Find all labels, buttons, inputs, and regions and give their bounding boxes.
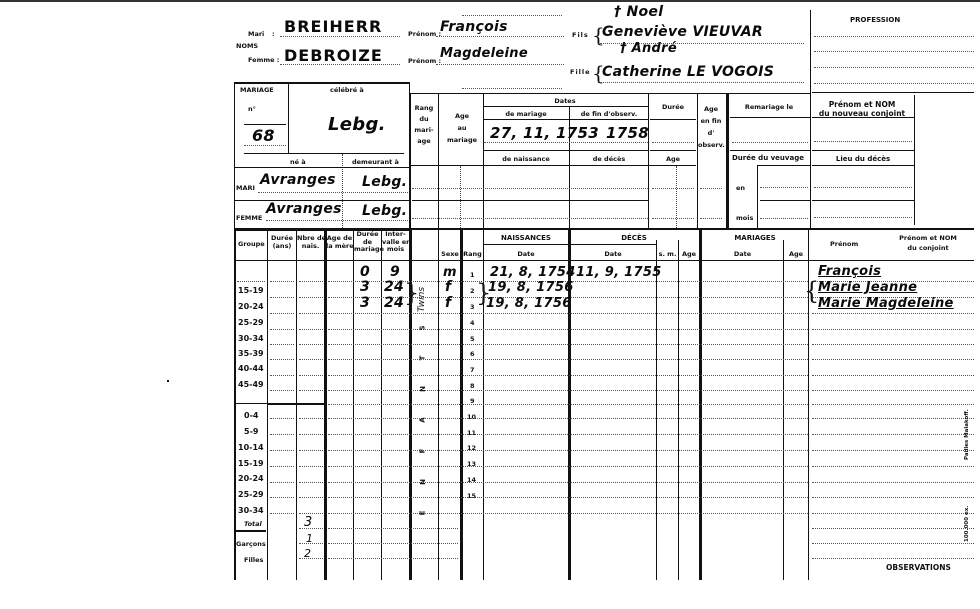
col-divider-deces-date bbox=[656, 240, 657, 580]
top-edge-rule bbox=[0, 0, 980, 2]
mois-label: mois bbox=[736, 214, 753, 222]
age-header-bottom bbox=[650, 165, 696, 166]
date-mariage-value: 27, 11, 1753 bbox=[490, 124, 599, 142]
mari-ne-a-value: Avranges bbox=[260, 172, 336, 188]
row2-prenom: Marie Jeanne bbox=[818, 280, 917, 295]
row2-naissance: 19, 8, 1756 bbox=[488, 280, 574, 295]
femme-prenom-line bbox=[436, 64, 564, 65]
date-fin-value: 1758 bbox=[606, 124, 649, 142]
rang-3: 3 bbox=[470, 303, 475, 311]
mari-row-line bbox=[258, 192, 408, 193]
row2-duree-mariage: 3 bbox=[360, 279, 370, 295]
dates-value-line bbox=[484, 142, 648, 143]
de-deces-label: de décès bbox=[570, 155, 648, 163]
naiss-line-1 bbox=[412, 188, 648, 189]
duree-line bbox=[652, 142, 694, 143]
groupe-row-6: 40-44 bbox=[238, 364, 264, 373]
mariage-label: MARIAGE bbox=[240, 86, 274, 94]
total-value: 3 bbox=[304, 515, 313, 530]
pere-mari-note: † Noel bbox=[614, 4, 663, 20]
row3-intervalle: 24 bbox=[384, 295, 404, 311]
enfants-letter-n: N bbox=[419, 386, 427, 392]
observations-label: OBSERVATIONS bbox=[886, 563, 951, 572]
children-top-rule bbox=[234, 228, 974, 230]
groupe-row-13: 20-24 bbox=[238, 474, 264, 483]
en-label: en bbox=[736, 184, 745, 192]
printer-credit: Pailles Malakoff. bbox=[964, 409, 970, 460]
rang-15: 15 bbox=[467, 492, 476, 500]
print-run: 100.000 ex. bbox=[964, 506, 970, 542]
row3-duree-mariage: 3 bbox=[360, 295, 370, 311]
numero-top-rule bbox=[244, 124, 286, 125]
femme-nom-value: DEBROIZE bbox=[284, 46, 383, 65]
groupe-row-4: 30-34 bbox=[238, 334, 264, 343]
remariage-bottom-rule bbox=[730, 150, 810, 151]
profession-line-1 bbox=[814, 36, 974, 37]
rang-9: 9 bbox=[470, 397, 475, 405]
groupe-row-14: 25-29 bbox=[238, 490, 264, 499]
age-line-1 bbox=[652, 188, 694, 189]
sexe-header: Sexe bbox=[440, 250, 460, 258]
nouveau-conjoint-label: Prénom et NOM du nouveau conjoint bbox=[812, 100, 912, 118]
remariage-rule bbox=[730, 117, 810, 118]
duree-veuvage-label: Durée du veuvage bbox=[732, 154, 804, 162]
enfants-letter-n2: N bbox=[419, 479, 427, 485]
veuvage-top-rule bbox=[757, 165, 810, 166]
naiss-header-bottom bbox=[410, 165, 650, 166]
duree-ans-line-1: Durée bbox=[271, 234, 293, 242]
age-header-label: Age bbox=[650, 155, 696, 163]
remariage-line bbox=[732, 142, 808, 143]
conjoint-line bbox=[814, 141, 912, 142]
veuvage-inner-divider bbox=[757, 165, 758, 229]
scan-speck bbox=[167, 380, 169, 382]
age-line-1: Age bbox=[455, 112, 469, 120]
dates-header-bottom bbox=[484, 119, 648, 120]
intervalle-line-3: mois bbox=[387, 245, 404, 253]
rang-13: 13 bbox=[467, 460, 476, 468]
col-divider-mariages-date bbox=[783, 240, 784, 580]
rang-line-4: age bbox=[417, 137, 430, 145]
rang-4: 4 bbox=[470, 319, 475, 327]
lieu-deces-header-rule bbox=[812, 165, 914, 166]
ne-a-label: né à bbox=[290, 158, 306, 166]
rang-8: 8 bbox=[470, 382, 475, 390]
filles-value: 2 bbox=[304, 547, 311, 560]
profession-label: PROFESSION bbox=[850, 16, 900, 24]
groupe-row-7: 45-49 bbox=[238, 380, 264, 389]
age-fin-line-1: Age bbox=[704, 105, 718, 113]
enfants-letter-t: T bbox=[418, 356, 426, 361]
rang-11: 11 bbox=[467, 429, 476, 437]
naiss-mid-rule bbox=[412, 200, 648, 201]
de-fin-label: de fin d'observ. bbox=[570, 110, 648, 118]
total-rule bbox=[236, 530, 266, 532]
total-label: Total bbox=[244, 520, 262, 528]
prenom-header: Prénom bbox=[830, 240, 858, 248]
rang-line-1: Rang bbox=[415, 104, 434, 112]
enfants-letter-a: A bbox=[419, 417, 427, 422]
row1-deces: 11, 9, 1755 bbox=[576, 265, 662, 280]
groupe-row-12: 15-19 bbox=[238, 459, 264, 468]
rang-age-divider bbox=[438, 93, 439, 230]
lieu-deces-label: Lieu du décès bbox=[812, 155, 914, 163]
rang-14: 14 bbox=[467, 476, 476, 484]
rang-6: 6 bbox=[470, 350, 475, 358]
row3-sexe: f bbox=[445, 295, 451, 311]
lower-dotted-line bbox=[462, 88, 562, 89]
age-mariage-label: Age au mariage bbox=[440, 110, 484, 146]
row1-intervalle: 9 bbox=[390, 264, 400, 280]
profession-divider bbox=[810, 10, 811, 230]
mari-nom-line bbox=[280, 36, 400, 37]
rang-12: 12 bbox=[467, 444, 476, 452]
femme-row-line bbox=[266, 220, 408, 221]
profession-bottom-rule bbox=[812, 92, 974, 93]
mariages-header: MARIAGES bbox=[702, 234, 808, 242]
remariage-left-divider bbox=[726, 93, 729, 230]
nbre-nais-line-1: Nbre de bbox=[297, 234, 326, 242]
rang-5: 5 bbox=[470, 335, 475, 343]
garcons-label: Garçons bbox=[236, 540, 266, 548]
age-mere-line-2: la mère bbox=[326, 242, 354, 250]
ne-header-rule bbox=[234, 167, 410, 168]
groupe-row-10: 5-9 bbox=[244, 427, 258, 436]
twins-brace-prenom: { bbox=[804, 280, 819, 302]
deces-date-header: Date bbox=[570, 250, 656, 258]
mere-mari-value: Geneviève VIEUVAR bbox=[602, 24, 763, 40]
groupe-row-15: 30-34 bbox=[238, 506, 264, 515]
veuvage-mid-rule bbox=[760, 200, 810, 201]
age-fin-line-4: observ. bbox=[698, 141, 725, 149]
numero-line bbox=[244, 145, 286, 146]
duree-mid-rule bbox=[650, 150, 696, 151]
col-divider-sm bbox=[678, 240, 679, 580]
mari-row-label: MARI bbox=[236, 184, 255, 192]
age-fin-line-a bbox=[700, 188, 722, 189]
groupe-row-11: 10-14 bbox=[238, 443, 264, 452]
duree-left-divider bbox=[648, 93, 649, 230]
col-left-border bbox=[234, 228, 236, 580]
enfants-letter-s: S bbox=[419, 325, 427, 330]
groupe-row-2: 20-24 bbox=[238, 302, 264, 311]
deces-sub-rule bbox=[570, 244, 656, 245]
mari-demeurant-value: Lebg. bbox=[362, 174, 407, 190]
row2-sexe: f bbox=[445, 279, 451, 295]
twins-note: Twins bbox=[417, 287, 427, 312]
age-mere-line-1: Age de bbox=[327, 234, 352, 242]
dates-mid-rule bbox=[484, 150, 648, 151]
numero-label: n° bbox=[248, 105, 256, 113]
groupe-row-3: 25-29 bbox=[238, 318, 264, 327]
lieu-deces-line-2 bbox=[814, 217, 912, 218]
femme-nom-line bbox=[280, 64, 400, 65]
enfants-letter-f: F bbox=[418, 449, 426, 454]
col-divider-nbre bbox=[324, 228, 327, 580]
femme-label: Femme : bbox=[248, 56, 279, 64]
rang-line-3: mari- bbox=[414, 126, 433, 134]
lieu-deces-top-rule bbox=[812, 150, 914, 151]
mari-prenom-value: François bbox=[440, 19, 508, 35]
fils-label: Fils bbox=[572, 31, 589, 39]
children-header-rule bbox=[236, 260, 974, 261]
conjoint-header: Prénom et NOM du conjoint bbox=[880, 233, 976, 253]
ne-demeurant-divider bbox=[342, 154, 343, 228]
rang-7: 7 bbox=[470, 366, 475, 374]
row1-prenom: François bbox=[818, 264, 881, 279]
age-line-3: mariage bbox=[447, 136, 477, 144]
celebre-value: Lebg. bbox=[328, 114, 386, 135]
rang-mariage-label: Rang du mari- age bbox=[412, 103, 436, 147]
nbre-nais-line-2: nais. bbox=[302, 242, 320, 250]
mere-femme-line bbox=[600, 82, 804, 83]
deces-age-header: Age bbox=[679, 250, 699, 258]
profession-line-4 bbox=[814, 83, 974, 84]
pere-femme-note: † André bbox=[620, 41, 677, 56]
duree-ans-header: Durée (ans) bbox=[268, 234, 296, 250]
femme-prenom-value: Magdeleine bbox=[440, 46, 528, 61]
naissances-header: NAISSANCES bbox=[484, 234, 568, 242]
mariage-date-header: Date bbox=[702, 250, 783, 258]
conjoint-header-rule bbox=[812, 117, 914, 118]
duree-rule bbox=[650, 119, 696, 120]
row3-naissance: 19, 8, 1756 bbox=[486, 296, 572, 311]
remariage-label: Remariage le bbox=[730, 103, 808, 111]
mariage-mid-rule bbox=[244, 153, 404, 154]
age-line-2: au bbox=[457, 124, 466, 132]
dates-top-rule bbox=[410, 93, 810, 94]
upper-dotted-line bbox=[462, 15, 562, 16]
mere-femme-value: Catherine LE VOGOIS bbox=[602, 64, 774, 80]
conjoint-line-2: du conjoint bbox=[907, 244, 948, 252]
lieu-deces-line-1 bbox=[814, 187, 912, 188]
mari-prenom-line bbox=[436, 36, 564, 37]
profession-line-3 bbox=[814, 67, 974, 68]
age-fin-label: Age en fin d' observ. bbox=[698, 103, 724, 151]
naiss-line-2 bbox=[412, 218, 648, 219]
naissance-date-header: Date bbox=[484, 250, 568, 258]
groupe-row-5: 35-39 bbox=[238, 349, 264, 358]
noms-label: NOMS bbox=[236, 42, 258, 50]
colon: : bbox=[272, 30, 275, 38]
age-fin-line-3: d' bbox=[708, 129, 715, 137]
twins-brace-rang: } bbox=[476, 282, 491, 304]
mariage-age-header: Age bbox=[784, 250, 808, 258]
naissances-sub-rule bbox=[484, 244, 568, 245]
row1-naissance: 21, 8, 1754 bbox=[490, 265, 576, 280]
mariage-num-divider bbox=[288, 82, 289, 154]
conjoint-line-1: Prénom et NOM bbox=[899, 234, 957, 242]
row2-intervalle: 24 bbox=[384, 279, 404, 295]
fille-label: Fille bbox=[570, 68, 591, 76]
rang-line-2: du bbox=[419, 115, 428, 123]
age-fin-line-2: en fin bbox=[701, 117, 722, 125]
demeurant-label: demeurant à bbox=[352, 158, 399, 166]
numero-value: 68 bbox=[252, 126, 275, 145]
nouveau-conjoint-line-1: Prénom et NOM bbox=[829, 100, 896, 109]
row3-prenom: Marie Magdeleine bbox=[818, 296, 954, 311]
veuvage-line-2 bbox=[760, 218, 808, 219]
femme-ne-a-value: Avranges bbox=[266, 201, 342, 217]
enfants-letter-e: E bbox=[418, 511, 426, 516]
rang-left-divider bbox=[410, 93, 411, 230]
celebre-label: célébré à bbox=[330, 86, 364, 94]
rang-2: 2 bbox=[470, 287, 475, 295]
duree-label: Durée bbox=[650, 103, 696, 111]
age-fin-line-b bbox=[700, 218, 722, 219]
rang-10: 10 bbox=[467, 413, 476, 421]
row1-duree-mariage: 0 bbox=[360, 264, 370, 280]
de-naissance-label: de naissance bbox=[484, 155, 568, 163]
age-mere-header: Age de la mère bbox=[326, 234, 353, 250]
duree-ans-line-2: (ans) bbox=[273, 242, 292, 250]
deces-header: DÉCÈS bbox=[570, 234, 698, 242]
intervalle-header: Inter- valle en mois bbox=[382, 231, 409, 254]
rang-1: 1 bbox=[470, 271, 475, 279]
dates-subheader-rule bbox=[484, 106, 648, 107]
groupe-row-9: 0-4 bbox=[244, 411, 258, 420]
row1-sexe: m bbox=[443, 265, 457, 280]
sm-header: s. m. bbox=[657, 250, 678, 258]
profession-line-2 bbox=[814, 51, 974, 52]
groupe-row-1: 15-19 bbox=[238, 286, 264, 295]
lieu-deces-mid-rule bbox=[812, 200, 914, 201]
duree-mar-line-3: mariage bbox=[354, 245, 384, 253]
dates-label: Dates bbox=[484, 97, 646, 105]
garcons-value: 1 bbox=[306, 532, 313, 545]
age-line-2 bbox=[652, 218, 694, 219]
rang-header: Rang bbox=[462, 250, 483, 258]
veuvage-line-1 bbox=[760, 187, 808, 188]
mari-nom-value: BREIHERR bbox=[284, 17, 382, 36]
conjoint-right-divider bbox=[914, 95, 915, 225]
age-dotted-divider bbox=[460, 166, 461, 228]
nbre-nais-header: Nbre de nais. bbox=[297, 234, 324, 250]
filles-label: Filles bbox=[244, 556, 263, 564]
duree-mariage-header: Durée de mariage bbox=[354, 231, 381, 254]
mari-label: Mari bbox=[248, 30, 264, 38]
groupe-header: Groupe bbox=[238, 240, 265, 248]
femme-row-label: FEMME bbox=[236, 214, 262, 222]
femme-demeurant-value: Lebg. bbox=[362, 203, 407, 219]
de-mariage-label: de mariage bbox=[484, 110, 568, 118]
